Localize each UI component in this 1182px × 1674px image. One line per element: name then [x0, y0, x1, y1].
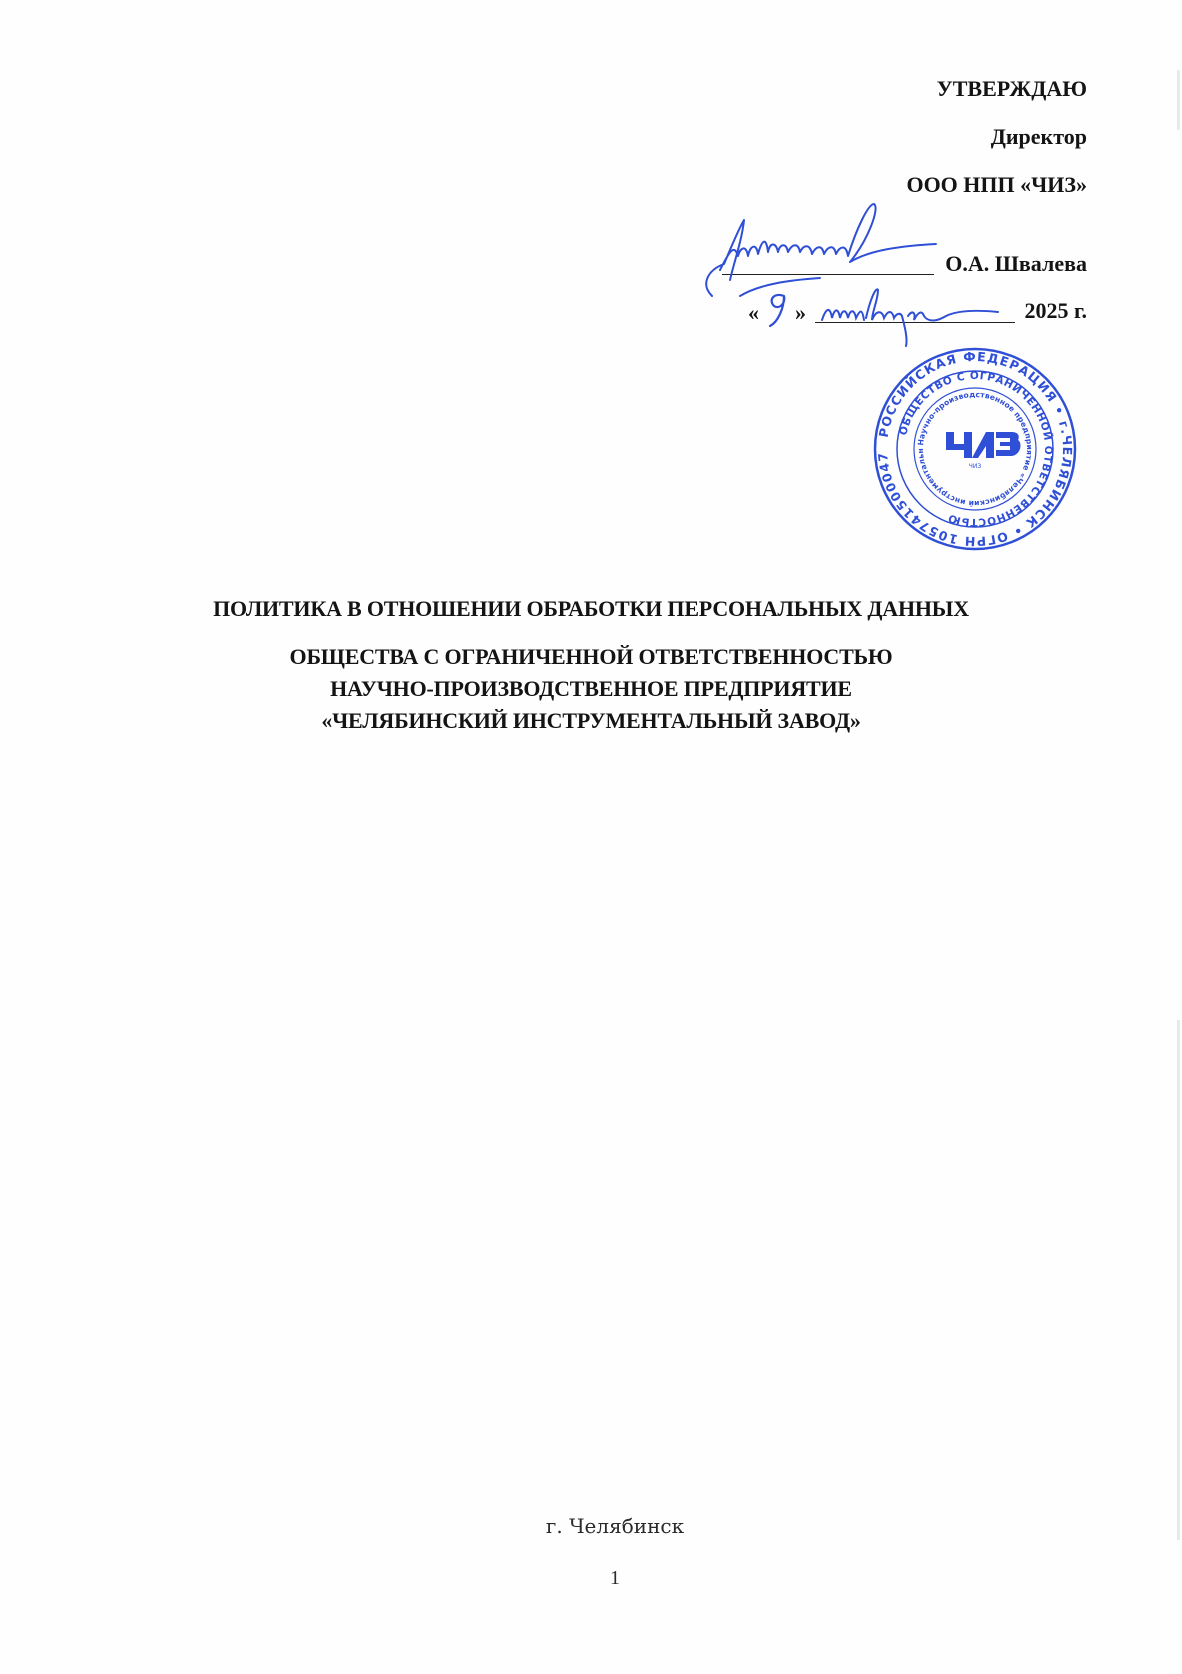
- stamp-logo-icon: [946, 432, 1020, 458]
- scan-edge-artifact: [1177, 70, 1180, 130]
- document-title: ПОЛИТИКА В ОТНОШЕНИИ ОБРАБОТКИ ПЕРСОНАЛЬ…: [0, 596, 1182, 622]
- document-subtitle-line-3: «ЧЕЛЯБИНСКИЙ ИНСТРУМЕНТАЛЬНЫЙ ЗАВОД»: [0, 708, 1182, 734]
- document-subtitle-line-2: НАУЧНО-ПРОИЗВОДСТВЕННОЕ ПРЕДПРИЯТИЕ: [0, 676, 1182, 702]
- document-title-block: ПОЛИТИКА В ОТНОШЕНИИ ОБРАБОТКИ ПЕРСОНАЛЬ…: [0, 596, 1182, 756]
- document-subtitle-line-1: ОБЩЕСТВА С ОГРАНИЧЕННОЙ ОТВЕТСТВЕННОСТЬЮ: [0, 644, 1182, 670]
- stamp-logo-text: ЧИЗ: [969, 463, 982, 470]
- approval-position: Директор: [991, 126, 1087, 148]
- document-page: УТВЕРЖДАЮ Директор ООО НПП «ЧИЗ» О.А. Шв…: [0, 0, 1182, 1674]
- approval-heading: УТВЕРЖДАЮ: [937, 78, 1087, 100]
- company-stamp: РОССИЙСКАЯ ФЕДЕРАЦИЯ • г.ЧЕЛЯБИНСК • ОГР…: [872, 346, 1078, 552]
- director-signature: [700, 200, 940, 310]
- page-number: 1: [0, 1567, 1182, 1590]
- approval-date-year: 2025 г.: [1024, 300, 1087, 322]
- approval-organization: ООО НПП «ЧИЗ»: [906, 174, 1087, 196]
- scan-edge-artifact: [1177, 1020, 1180, 1540]
- document-city: г. Челябинск: [0, 1514, 1182, 1538]
- approval-signatory: О.А. Швалева: [945, 253, 1087, 275]
